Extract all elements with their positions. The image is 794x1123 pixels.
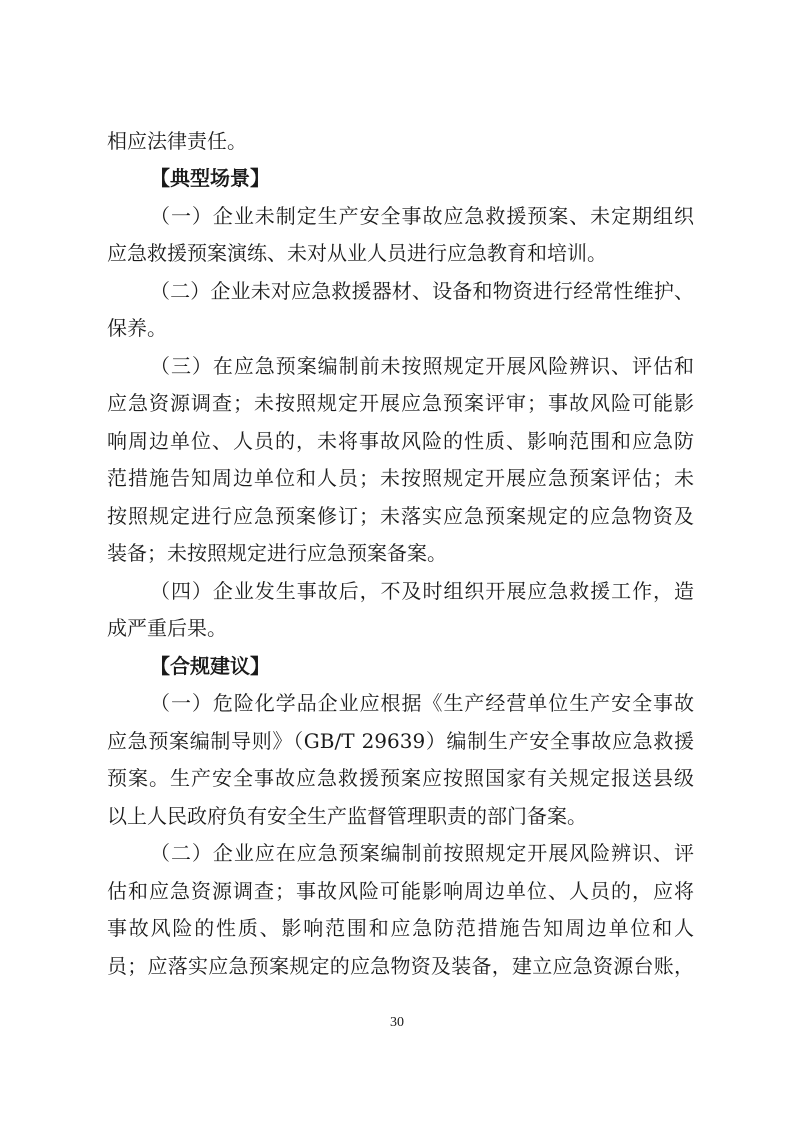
- body-text-line: 以上人民政府负有安全生产监督管理职责的部门备案。: [107, 801, 694, 831]
- body-text-line: 预案。生产安全事故应急救援预案应按照国家有关规定报送县级: [107, 763, 694, 793]
- page-number: 30: [0, 1015, 794, 1031]
- body-text-line: 成严重后果。: [107, 613, 694, 643]
- body-text-line: （二）企业未对应急救援器材、设备和物资进行经常性维护、: [150, 276, 694, 306]
- body-text-line: 员；应落实应急预案规定的应急物资及装备，建立应急资源台账，: [107, 951, 694, 981]
- document-page: 相应法律责任。 【典型场景】 （一）企业未制定生产安全事故应急救援预案、未定期组…: [0, 0, 794, 1123]
- body-text-line: （一）危险化学品企业应根据《生产经营单位生产安全事故: [150, 688, 694, 718]
- body-text-line: （一）企业未制定生产安全事故应急救援预案、未定期组织: [150, 201, 694, 231]
- section-heading-compliance-advice: 【合规建议】: [150, 651, 270, 681]
- body-text-line: 事故风险的性质、影响范围和应急防范措施告知周边单位和人: [107, 913, 694, 943]
- body-text-line: 按照规定进行应急预案修订；未落实应急预案规定的应急物资及: [107, 501, 694, 531]
- body-text-line: 应急预案编制导则》（GB/T 29639）编制生产安全事故应急救援: [107, 726, 694, 756]
- body-text-line: 响周边单位、人员的，未将事故风险的性质、影响范围和应急防: [107, 426, 694, 456]
- body-text-line: （二）企业应在应急预案编制前按照规定开展风险辨识、评: [150, 838, 694, 868]
- body-text-line: 估和应急资源调查；事故风险可能影响周边单位、人员的，应将: [107, 876, 694, 906]
- body-text-line: （四）企业发生事故后，不及时组织开展应急救援工作，造: [150, 576, 694, 606]
- body-text-line: （三）在应急预案编制前未按照规定开展风险辨识、评估和: [150, 351, 694, 381]
- body-text-line: 范措施告知周边单位和人员；未按照规定开展应急预案评估；未: [107, 463, 694, 493]
- body-text-line: 相应法律责任。: [107, 126, 694, 156]
- body-text-line: 保养。: [107, 313, 694, 343]
- section-heading-typical-scenarios: 【典型场景】: [150, 163, 270, 193]
- body-text-line: 应急资源调查；未按照规定开展应急预案评审；事故风险可能影: [107, 388, 694, 418]
- body-text-line: 装备；未按照规定进行应急预案备案。: [107, 538, 694, 568]
- body-text-line: 应急救援预案演练、未对从业人员进行应急教育和培训。: [107, 238, 694, 268]
